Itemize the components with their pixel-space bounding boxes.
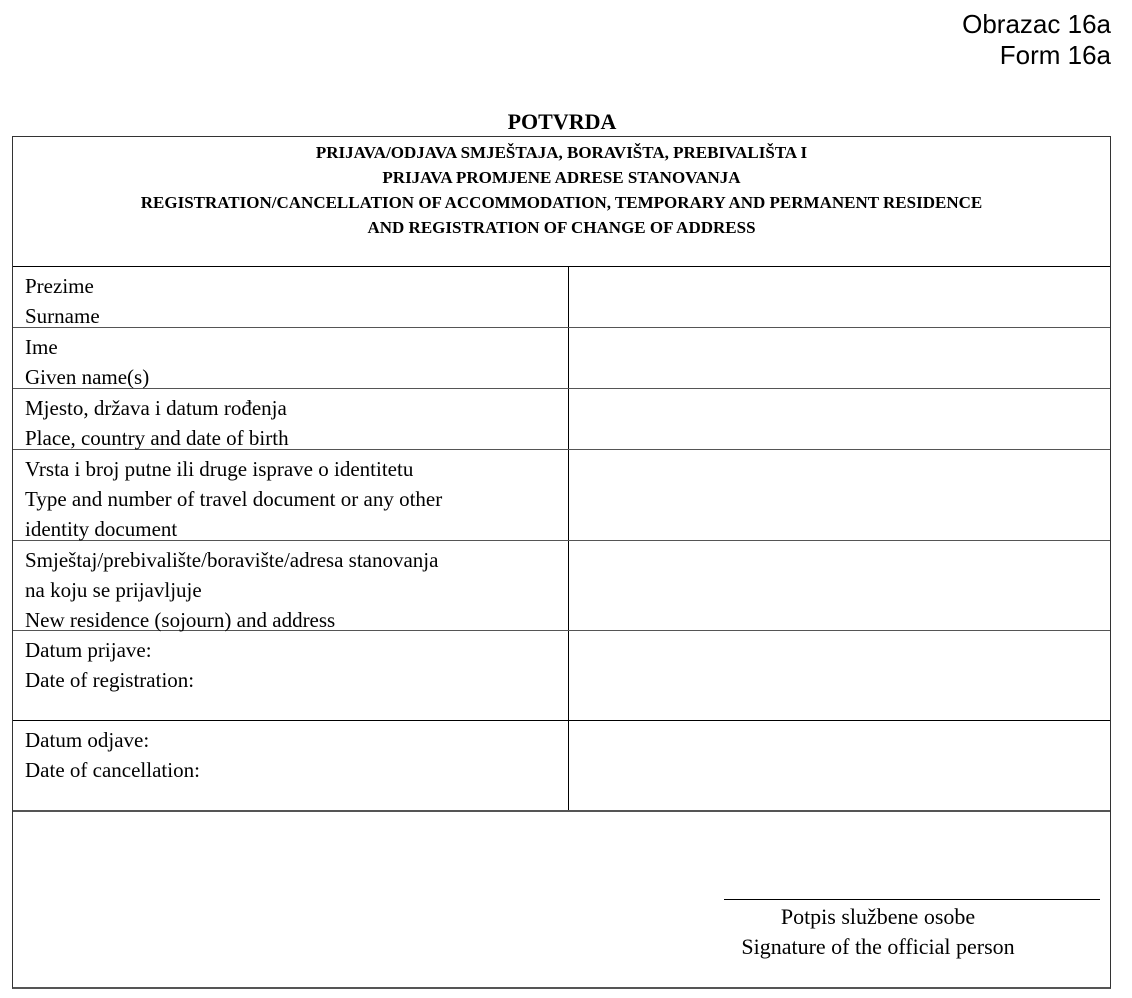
field-label: Datum prijave: Date of registration:	[13, 631, 569, 720]
field-row-new-residence: Smještaj/prebivalište/boravište/adresa s…	[13, 541, 1110, 631]
form-frame: PRIJAVA/ODJAVA SMJEŠTAJA, BORAVIŠTA, PRE…	[12, 136, 1111, 989]
registration-date-field[interactable]	[569, 631, 1110, 720]
header-line-1: PRIJAVA/ODJAVA SMJEŠTAJA, BORAVIŠTA, PRE…	[13, 140, 1110, 165]
field-label: Ime Given name(s)	[13, 328, 569, 388]
signature-area: Potpis službene osobe Signature of the o…	[13, 811, 1110, 988]
new-residence-field[interactable]	[569, 541, 1110, 630]
header-line-2: PRIJAVA PROMJENE ADRESE STANOVANJA	[13, 165, 1110, 190]
form-code-local: Obrazac 16a	[962, 9, 1111, 40]
signature-caption-english: Signature of the official person	[713, 932, 1043, 962]
form-fields: Prezime Surname Ime Given name(s) Mjesto…	[13, 267, 1110, 812]
given-names-field[interactable]	[569, 328, 1110, 388]
form-header: PRIJAVA/ODJAVA SMJEŠTAJA, BORAVIŠTA, PRE…	[13, 137, 1110, 267]
header-line-3: REGISTRATION/CANCELLATION OF ACCOMMODATI…	[13, 190, 1110, 215]
field-row-cancellation-date: Datum odjave: Date of cancellation:	[13, 721, 1110, 812]
signature-caption-local: Potpis službene osobe	[713, 902, 1043, 932]
header-line-4: AND REGISTRATION OF CHANGE OF ADDRESS	[13, 215, 1110, 240]
form-code-english: Form 16a	[962, 40, 1111, 71]
form-code: Obrazac 16a Form 16a	[962, 9, 1111, 71]
field-label: Datum odjave: Date of cancellation:	[13, 721, 569, 810]
field-label: Vrsta i broj putne ili druge isprave o i…	[13, 450, 569, 540]
field-row-identity-document: Vrsta i broj putne ili druge isprave o i…	[13, 450, 1110, 541]
cancellation-date-field[interactable]	[569, 721, 1110, 810]
identity-document-field[interactable]	[569, 450, 1110, 540]
surname-field[interactable]	[569, 267, 1110, 327]
field-row-registration-date: Datum prijave: Date of registration:	[13, 631, 1110, 721]
signature-line[interactable]	[724, 899, 1100, 900]
field-label: Prezime Surname	[13, 267, 569, 327]
signature-caption: Potpis službene osobe Signature of the o…	[713, 902, 1043, 962]
field-label: Smještaj/prebivalište/boravište/adresa s…	[13, 541, 569, 630]
field-row-given-names: Ime Given name(s)	[13, 328, 1110, 389]
document-title: POTVRDA	[0, 108, 1124, 136]
field-row-surname: Prezime Surname	[13, 267, 1110, 328]
field-row-birth: Mjesto, država i datum rođenja Place, co…	[13, 389, 1110, 450]
birth-field[interactable]	[569, 389, 1110, 449]
field-label: Mjesto, država i datum rođenja Place, co…	[13, 389, 569, 449]
